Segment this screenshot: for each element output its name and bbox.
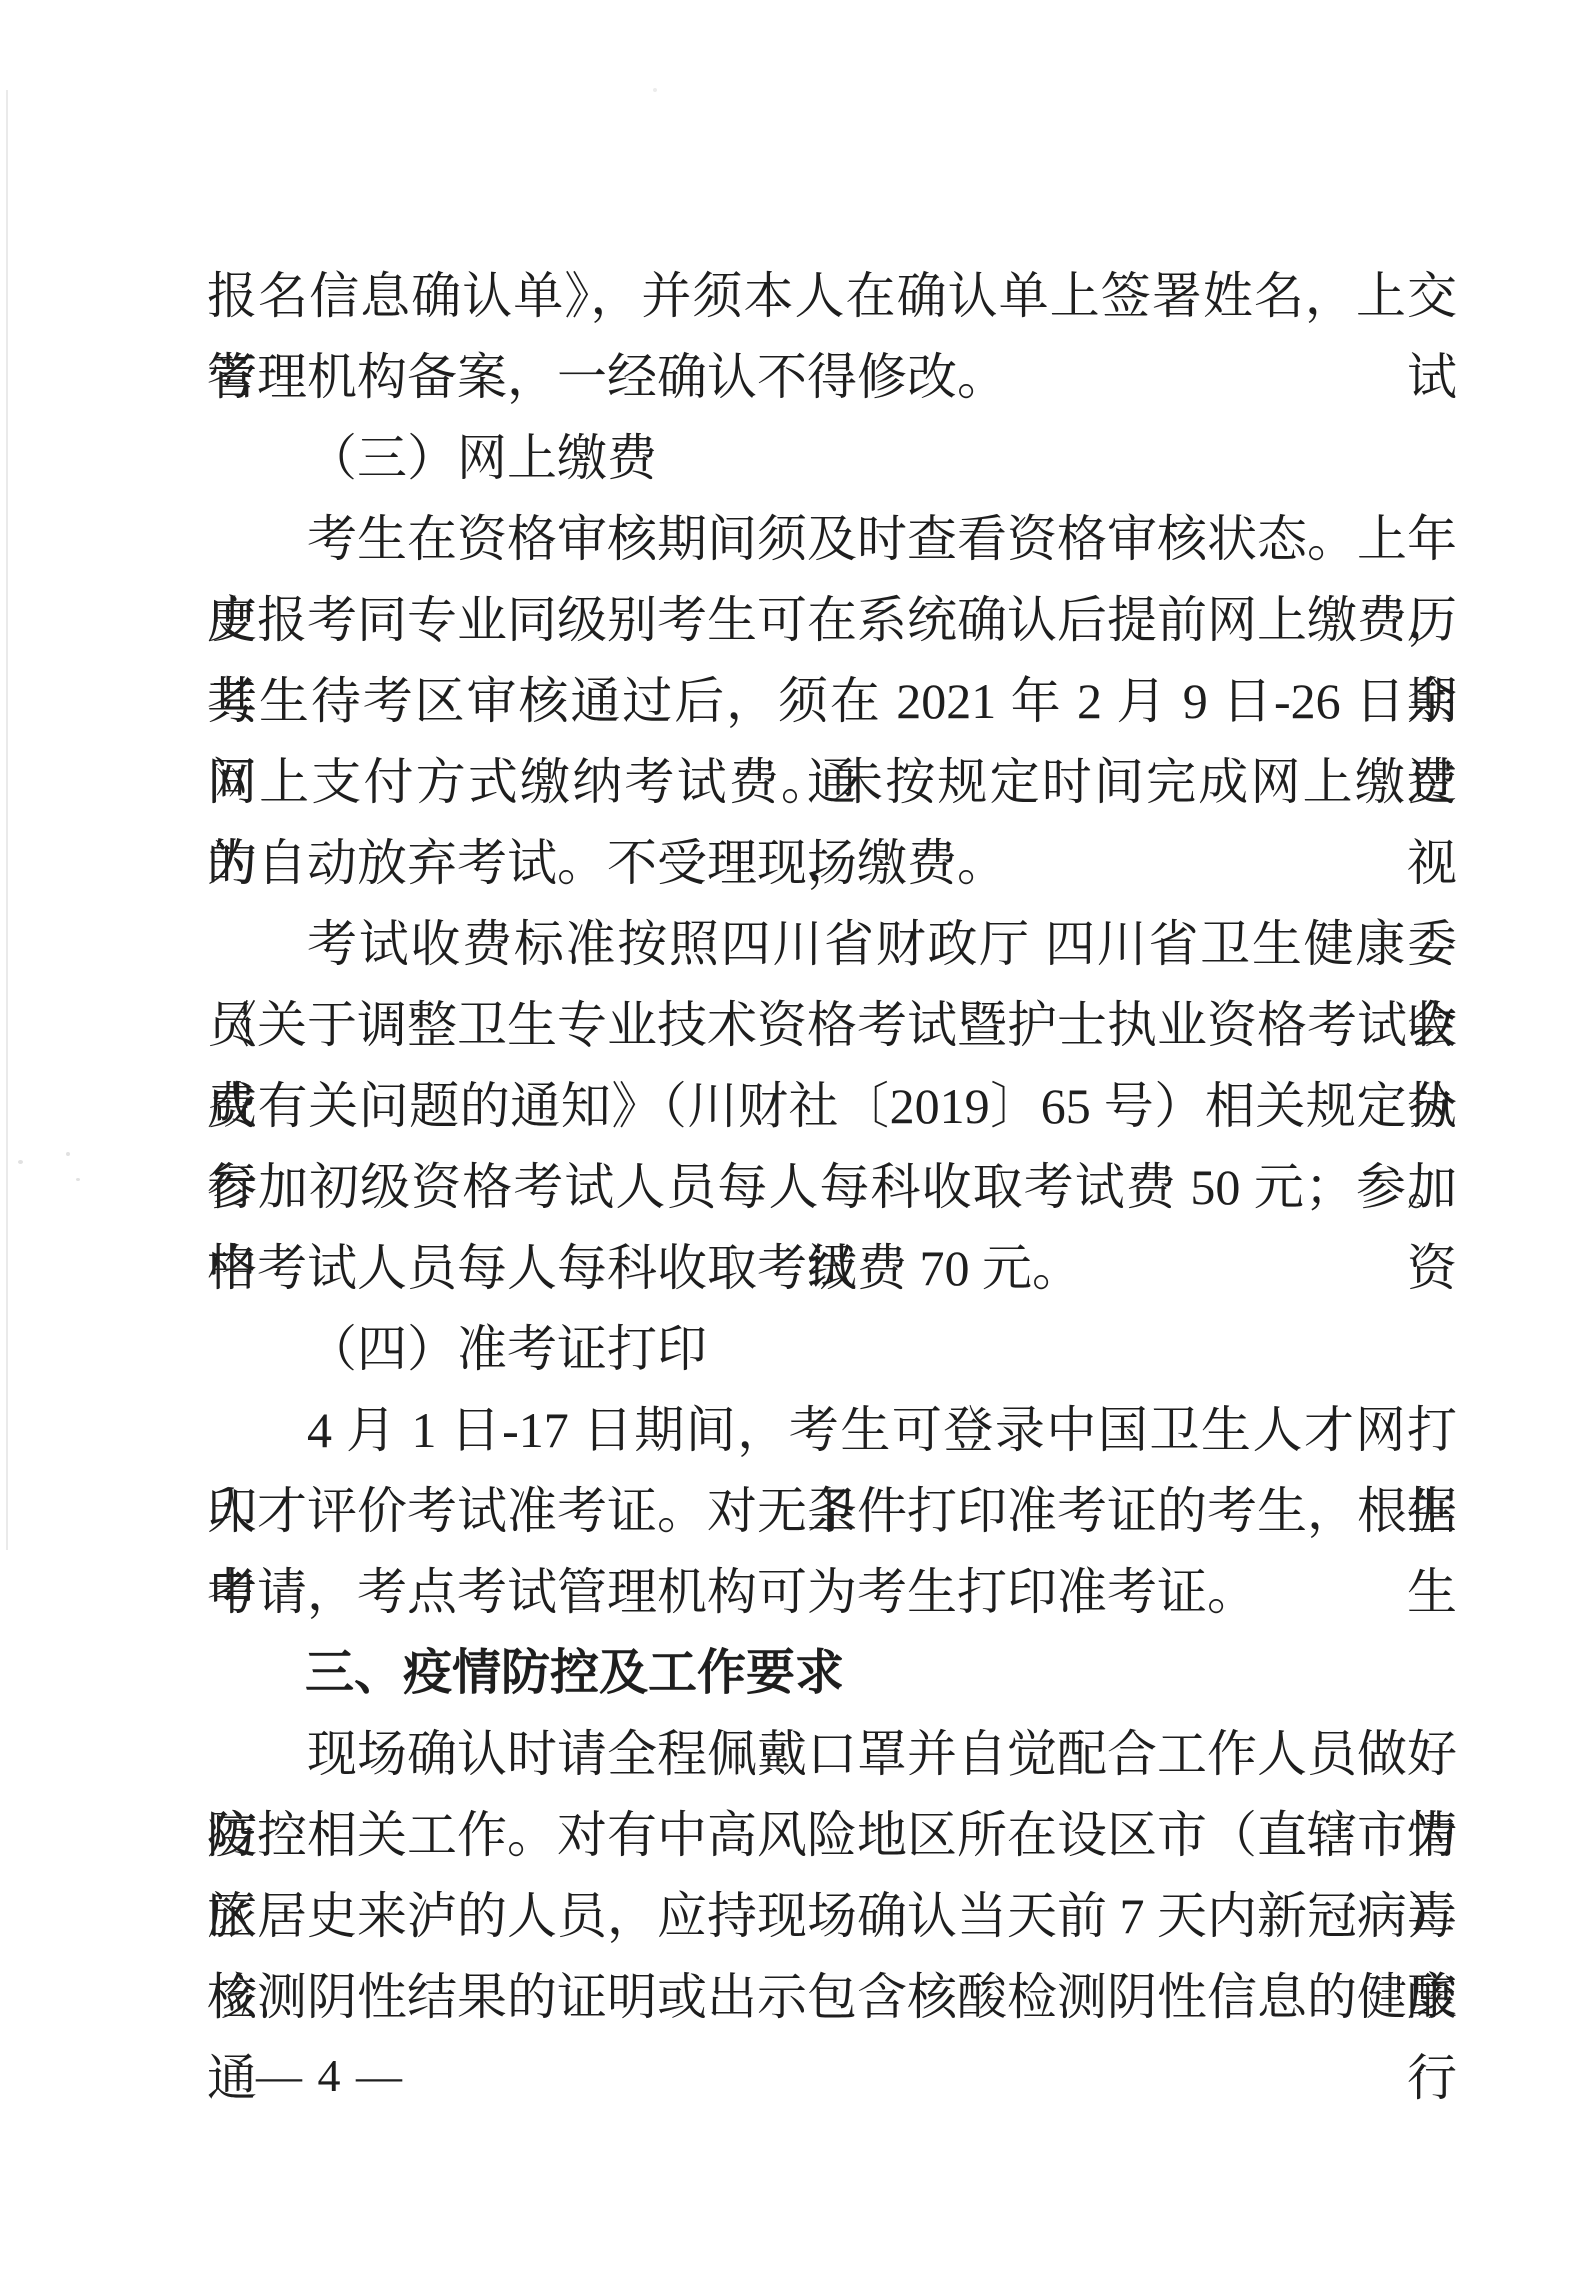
section-heading: 三、疫情防控及工作要求 — [207, 1633, 1457, 1714]
document-body: 报名信息确认单》，并须本人在确认单上签署姓名，上交考试管理机构备案，一经确认不得… — [207, 256, 1457, 2038]
text-line: 检测阴性结果的证明或出示包含核酸检测阴性信息的健康通行 — [207, 1957, 1457, 2038]
text-line: 4 月 1 日-17 日期间，考生可登录中国卫生人才网打印卫生 — [207, 1390, 1457, 1471]
text-line: 成有关问题的通知》（川财社〔2019〕65 号）相关规定执行。 — [207, 1066, 1457, 1147]
text-line: 参加初级资格考试人员每人每科收取考试费 50 元；参加中级资 — [207, 1147, 1457, 1228]
scan-artifact-speck — [18, 1160, 23, 1164]
text-line: 网上支付方式缴纳考试费。未按规定时间完成网上缴费的，视 — [207, 742, 1457, 823]
text-line: 人才评价考试准考证。对无条件打印准考证的考生，根据考生 — [207, 1471, 1457, 1552]
text-line: 旅居史来泸的人员，应持现场确认当天前 7 天内新冠病毒核酸 — [207, 1876, 1457, 1957]
scan-artifact-line — [6, 90, 8, 1550]
section-heading: （三）网上缴费 — [207, 418, 1457, 499]
scan-artifact-speck — [66, 1152, 70, 1156]
text-line: 史报考同专业同级别考生可在系统确认后提前网上缴费，其余 — [207, 580, 1457, 661]
text-line: 防控相关工作。对有中高风险地区所在设区市（直辖市为区） — [207, 1795, 1457, 1876]
scan-artifact-speck — [653, 88, 657, 92]
document-page: 报名信息确认单》，并须本人在确认单上签署姓名，上交考试管理机构备案，一经确认不得… — [0, 0, 1594, 2274]
section-heading: （四）准考证打印 — [207, 1309, 1457, 1390]
text-line: 《关于调整卫生专业技术资格考试暨护士执业资格考试收费分 — [207, 985, 1457, 1066]
page-number: — 4 — — [256, 2046, 404, 2106]
text-line: 考试收费标准按照四川省财政厅 四川省卫生健康委员会 — [207, 904, 1457, 985]
text-line: 现场确认时请全程佩戴口罩并自觉配合工作人员做好疫情 — [207, 1714, 1457, 1795]
text-line: 考生在资格审核期间须及时查看资格审核状态。上年度历 — [207, 499, 1457, 580]
text-line: 报名信息确认单》，并须本人在确认单上签署姓名，上交考试 — [207, 256, 1457, 337]
text-line: 考生待考区审核通过后，须在 2021 年 2 月 9 日-26 日期间通过 — [207, 661, 1457, 742]
scan-artifact-speck — [76, 1178, 80, 1181]
